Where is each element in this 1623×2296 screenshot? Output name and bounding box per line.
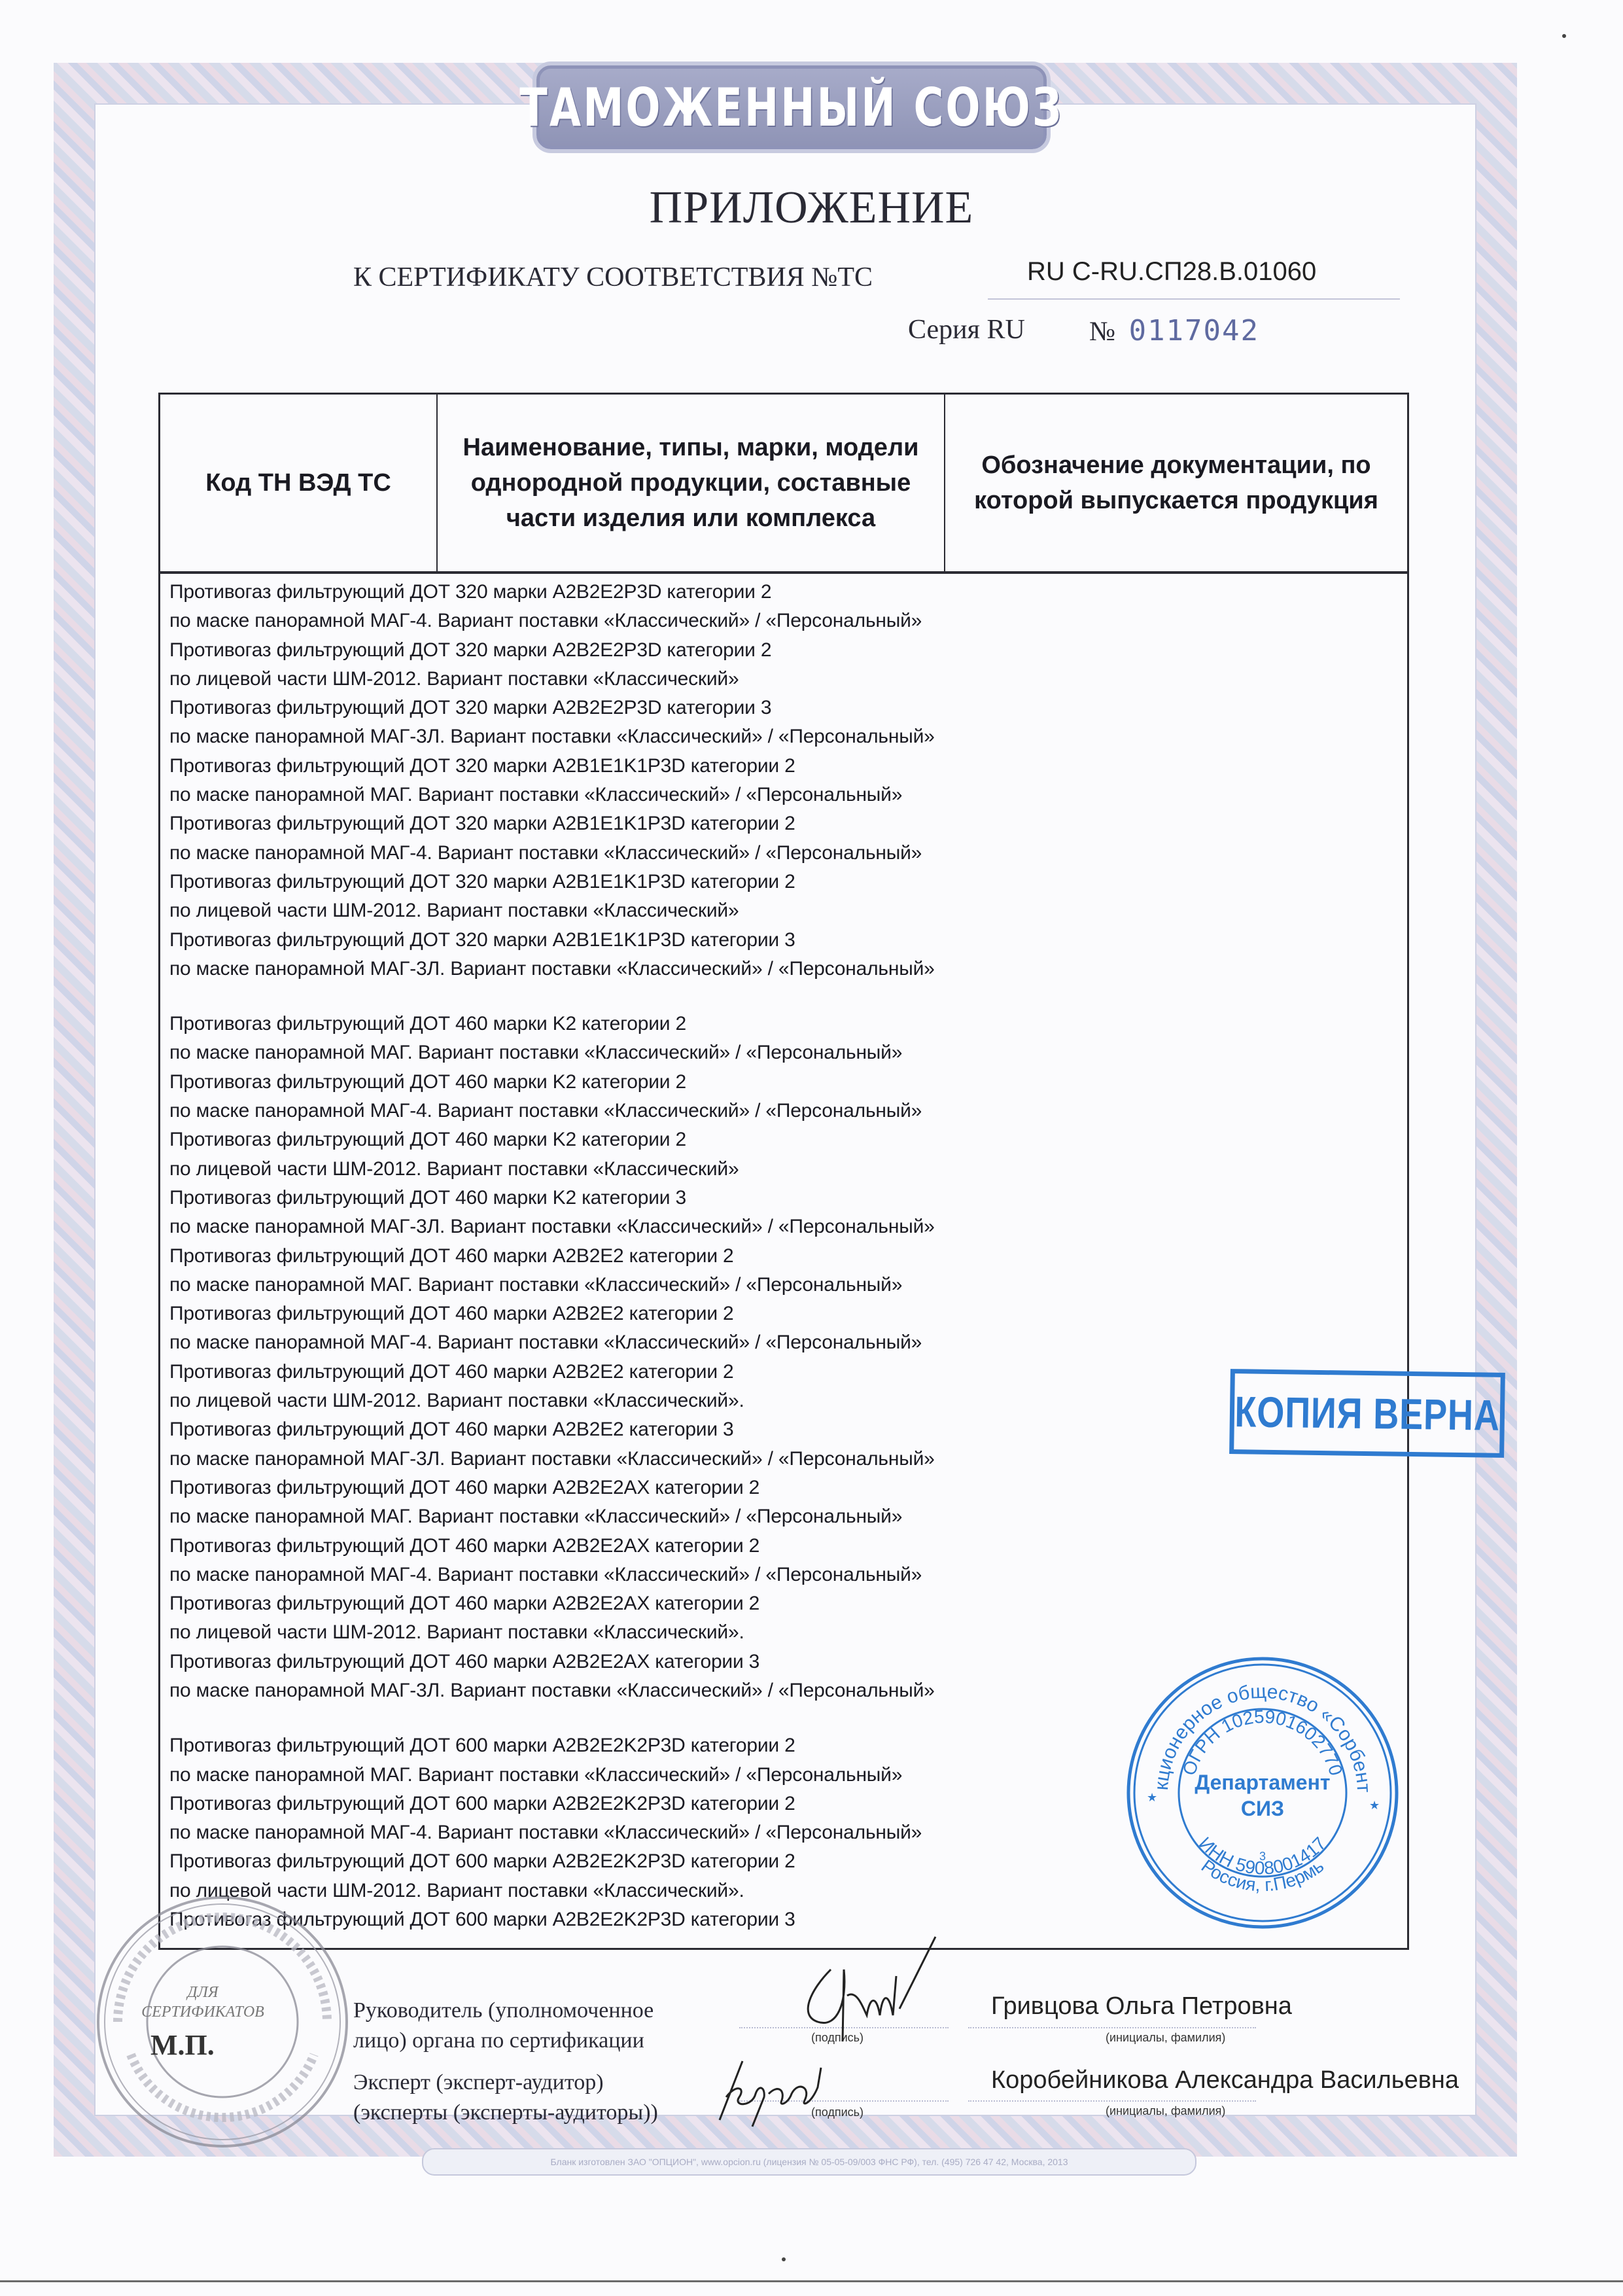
head-label-line1: Руководитель (уполномоченное: [353, 1996, 654, 2026]
column-header-documentation: Обозначение документации, по которой вып…: [945, 395, 1407, 571]
series-number-block: № 0117042: [1089, 314, 1259, 347]
svg-text:★: ★: [1147, 1791, 1157, 1804]
product-line: по маске панорамной МАГ-3Л. Вариант пост…: [169, 1445, 1407, 1474]
expert-name-line: [968, 2100, 1256, 2102]
group-spacer: [169, 983, 1407, 1010]
product-line: по маске панорамной МАГ. Вариант поставк…: [169, 1502, 1407, 1531]
expert-label-line2: (эксперты (эксперты-аудиторы)): [353, 2098, 658, 2128]
column-header-product-name: Наименование, типы, марки, модели одноро…: [438, 395, 945, 571]
product-line: Противогаз фильтрующий ДОТ 460 марки A2B…: [169, 1589, 1407, 1618]
product-line: Противогаз фильтрующий ДОТ 320 марки A2B…: [169, 694, 1407, 722]
mp-seal-label: М.П.: [150, 2028, 215, 2062]
product-line: Противогаз фильтрующий ДОТ 460 марки K2 …: [169, 1068, 1407, 1097]
product-line: Противогаз фильтрующий ДОТ 460 марки K2 …: [169, 1125, 1407, 1154]
product-line: по маске панорамной МАГ-4. Вариант поста…: [169, 839, 1407, 868]
product-line: по маске панорамной МАГ-4. Вариант поста…: [169, 1328, 1407, 1357]
product-line: по маске панорамной МАГ-3Л. Вариант пост…: [169, 955, 1407, 983]
svg-text:СИЗ: СИЗ: [1241, 1797, 1284, 1820]
column-header-tn-ved-code: Код ТН ВЭД ТС: [160, 395, 438, 571]
product-line: по лицевой части ШМ-2012. Вариант постав…: [169, 896, 1407, 925]
product-line: Противогаз фильтрующий ДОТ 320 марки A2B…: [169, 752, 1407, 781]
product-line: по маске панорамной МАГ. Вариант поставк…: [169, 781, 1407, 809]
series-label: Серия RU: [908, 314, 1025, 345]
product-line: Противогаз фильтрующий ДОТ 460 марки A2B…: [169, 1358, 1407, 1386]
expert-name: Коробейникова Александра Васильевна: [991, 2066, 1459, 2094]
product-line: Противогаз фильтрующий ДОТ 460 марки A2B…: [169, 1415, 1407, 1444]
product-line: по маске панорамной МАГ-3Л. Вариант пост…: [169, 722, 1407, 751]
product-line: по маске панорамной МАГ-3Л. Вариант пост…: [169, 1212, 1407, 1241]
copy-stamp-text: КОПИЯ ВЕРНА: [1234, 1386, 1500, 1440]
series-number: 0117042: [1129, 314, 1259, 347]
certificate-number: RU C-RU.СП28.В.01060: [1027, 257, 1316, 287]
product-line: Противогаз фильтрующий ДОТ 460 марки K2 …: [169, 1184, 1407, 1212]
product-line: по лицевой части ШМ-2012. Вариант постав…: [169, 1618, 1407, 1647]
printer-note: Бланк изготовлен ЗАО "ОПЦИОН", www.opcio…: [422, 2148, 1196, 2176]
mp-seal-small-text: ДЛЯ СЕРТИФИКАТОВ: [134, 1983, 271, 2022]
certification-body-seal-icon: [92, 1891, 353, 2153]
scan-artifact: [1562, 34, 1566, 38]
company-seal-icon: Акционерное общество «Сорбент» ОГРН 1025…: [1122, 1652, 1403, 1934]
head-label: Руководитель (уполномоченное лицо) орган…: [353, 1996, 654, 2056]
page-title: ПРИЛОЖЕНИЕ: [0, 182, 1623, 234]
head-name-line: [968, 2027, 1256, 2028]
product-line: Противогаз фильтрующий ДОТ 460 марки A2B…: [169, 1299, 1407, 1328]
series-number-symbol: №: [1089, 317, 1115, 347]
expert-label: Эксперт (эксперт-аудитор) (эксперты (экс…: [353, 2068, 658, 2128]
svg-text:★: ★: [1369, 1799, 1380, 1812]
product-line: Противогаз фильтрующий ДОТ 320 марки A2B…: [169, 926, 1407, 955]
expert-name-caption: (инициалы, фамилия): [1106, 2104, 1225, 2118]
head-name: Гривцова Ольга Петровна: [991, 1992, 1292, 2021]
product-line: Противогаз фильтрующий ДОТ 460 марки A2B…: [169, 1474, 1407, 1502]
certificate-subtitle: К СЕРТИФИКАТУ СООТВЕТСТВИЯ №ТС: [353, 262, 873, 293]
page-bottom-edge: [0, 2280, 1623, 2282]
product-line: по маске панорамной МАГ-4. Вариант поста…: [169, 1561, 1407, 1589]
expert-signature-icon: [707, 2048, 877, 2133]
head-signature-icon: [785, 1930, 942, 2055]
product-line: Противогаз фильтрующий ДОТ 320 марки A2B…: [169, 578, 1407, 607]
product-line: Противогаз фильтрующий ДОТ 320 марки A2B…: [169, 636, 1407, 665]
banner-text: ТАМОЖЕННЫЙ СОЮЗ: [519, 77, 1063, 138]
product-line: Противогаз фильтрующий ДОТ 460 марки A2B…: [169, 1532, 1407, 1561]
product-line: Противогаз фильтрующий ДОТ 460 марки K2 …: [169, 1010, 1407, 1038]
expert-label-line1: Эксперт (эксперт-аудитор): [353, 2068, 658, 2098]
product-line: по маске панорамной МАГ-4. Вариант поста…: [169, 607, 1407, 635]
product-line: по лицевой части ШМ-2012. Вариант постав…: [169, 1155, 1407, 1184]
scan-artifact: [782, 2257, 786, 2261]
head-name-caption: (инициалы, фамилия): [1106, 2031, 1225, 2045]
product-line: по маске панорамной МАГ. Вариант поставк…: [169, 1038, 1407, 1067]
product-line: по маске панорамной МАГ. Вариант поставк…: [169, 1271, 1407, 1299]
head-label-line2: лицо) органа по сертификации: [353, 2026, 654, 2056]
table-header: Код ТН ВЭД ТС Наименование, типы, марки,…: [160, 395, 1407, 574]
product-line: Противогаз фильтрующий ДОТ 320 марки A2B…: [169, 868, 1407, 896]
product-line: по лицевой части ШМ-2012. Вариант постав…: [169, 1386, 1407, 1415]
product-line: по маске панорамной МАГ-4. Вариант поста…: [169, 1097, 1407, 1125]
product-line: Противогаз фильтрующий ДОТ 320 марки A2B…: [169, 809, 1407, 838]
product-line: Противогаз фильтрующий ДОТ 460 марки A2B…: [169, 1242, 1407, 1271]
copy-certified-stamp: КОПИЯ ВЕРНА: [1229, 1369, 1505, 1458]
customs-union-banner: ТАМОЖЕННЫЙ СОЮЗ: [536, 65, 1047, 149]
certificate-number-underline: [988, 298, 1400, 300]
svg-text:Департамент: Департамент: [1195, 1771, 1330, 1794]
product-line: по лицевой части ШМ-2012. Вариант постав…: [169, 665, 1407, 694]
